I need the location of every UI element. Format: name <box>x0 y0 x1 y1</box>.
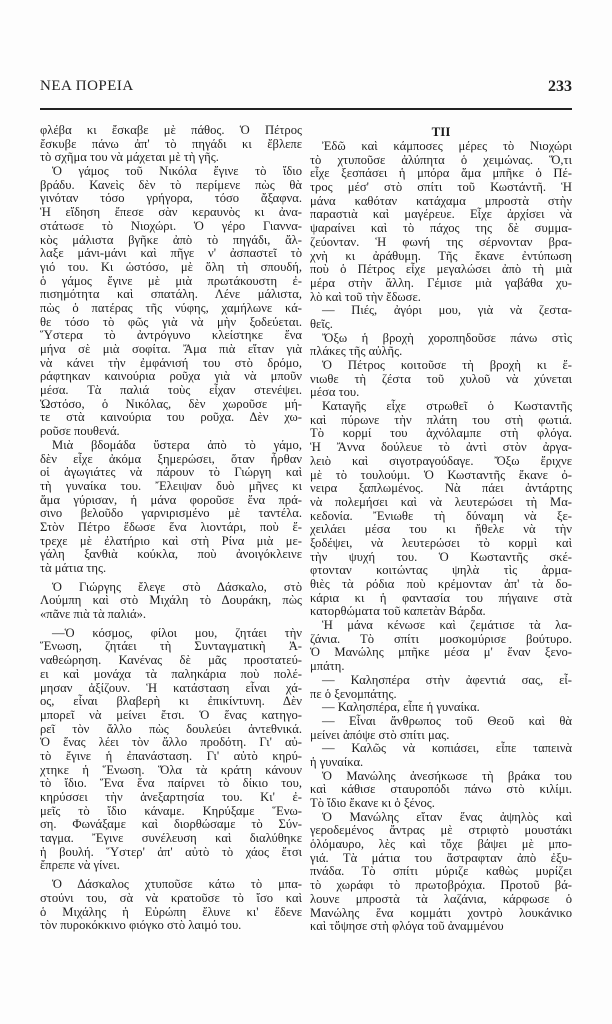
text-line: — Πιές, ἀγόρι μου, γιὰ νὰ ζεστα- <box>310 304 572 318</box>
text-line: χνὴ κι ἀράθυμη. Τῆς ἔκανε ἐντύπωση <box>310 250 572 264</box>
text-line: ἔπρεπε νὰ γίνει. <box>40 859 302 873</box>
text-line: Ὄξω ἡ βροχὴ χοροπηδοῦσε πάνω στὶς <box>310 332 572 346</box>
text-line: Στὸν Πέτρο ἔδωσε ἕνα λιοντάρι, ποὺ ἔ- <box>40 521 302 535</box>
text-line: θεῖς. <box>310 318 572 332</box>
text-line: τρος μέσ' στὸ σπίτι τοῦ Κωστάντῆ. Ἡ <box>310 181 572 195</box>
paragraph: Ἐδῶ καὶ κάμποσες μέρες τὸ Νιοχώριτὸ χτυπ… <box>310 140 572 304</box>
text-line: μέσα. Τὰ παλιά τοὺς εἶχαν στενέψει. <box>40 384 302 398</box>
text-line: Ἕνωση, ζητάει τὴ Συνταγματικὴ Ἀ- <box>40 640 302 654</box>
text-line: Ἡ μάνα κένωσε καὶ ζεμάτισε τὰ λα- <box>310 619 572 633</box>
paragraph: — Πιές, ἀγόρι μου, γιὰ νὰ ζεστα-θεῖς. <box>310 304 572 331</box>
journal-title: ΝΕΑ ΠΟΡΕΙΑ <box>40 78 134 95</box>
text-line: Ὕστερα τὸ ἀντρόγυνο κλείστηκε ἕνα <box>40 329 302 343</box>
text-line: γινόταν τόσο γρήγορα, τόσο ἄξαφνα. <box>40 192 302 206</box>
text-line: ζάνια. Τὸ σπίτι μοσκομύρισε βούτυρο. <box>310 633 572 647</box>
text-line: τὸ χτυποῦσε ἀλύπητα ὁ χειμώνας. Ὅ,τι <box>310 154 572 168</box>
text-line: ος, εἶναι βλαβερὴ κι ἐπικίντυνη. Δὲν <box>40 695 302 709</box>
text-line: νὰ κάνει τὴν ἐμφάνισή του στὸ δρόμο, <box>40 357 302 371</box>
text-line: τρεχε μὲ ἐλατήριο καὶ στὴ Ρίνα μιὰ με- <box>40 535 302 549</box>
text-line: — Καλησπέρα, εἶπε ἡ γυναίκα. <box>310 701 572 715</box>
text-line: — Καλησπέρα στὴν ἀφεντιά σας, εἶ- <box>310 674 572 688</box>
text-line: δὲν εἶχε ἀκόμα ξημερώσει, ὅταν ἦρθαν <box>40 453 302 467</box>
paragraph: Ὄξω ἡ βροχὴ χοροπηδοῦσε πάνω στὶςπλάκες … <box>310 332 572 359</box>
text-line: ζεύονταν. Ἡ φωνή της σέρνονταν βρα- <box>310 236 572 250</box>
text-line: μάνα καθόταν κατάχαμα μπροστὰ στὴν <box>310 195 572 209</box>
text-line: βράδυ. Κανεὶς δὲν τὸ περίμενε πὼς θὰ <box>40 179 302 193</box>
text-line: τε στὰ καινούρια του ροῦχα. Δὲν χω- <box>40 411 302 425</box>
text-line: τὸ σχῆμα του νὰ μάχεται μὲ τὴ γῆς. <box>40 151 302 165</box>
text-line: στάτωσε τὸ Νιοχώρι. Ὁ γέρο Γιαννα- <box>40 220 302 234</box>
text-line: χειλάει μέσα του κι ἤθελε νὰ τὴν <box>310 523 572 537</box>
text-line: μὲ τὸ τουλούμι. Ὁ Κωσταντῆς ἔκανε ὀ- <box>310 469 572 483</box>
text-line: καὶ τὄψησε στὴ φλόγα τοῦ ἀναμμένου <box>310 920 572 934</box>
running-header: ΝΕΑ ΠΟΡΕΙΑ 233 <box>40 78 572 100</box>
text-line: Ὁ Δάσκαλος χτυποῦσε κάτω τὸ μπα- <box>40 878 302 892</box>
paragraph: Ὁ Μανώλης εἴταν ἕνας ἀψηλὸς καὶγεροδεμέν… <box>310 811 572 934</box>
paragraph: Ὁ Πέτρος κοιτοῦσε τὴ βροχὴ κι ἔ-νιωθε τὴ… <box>310 359 572 400</box>
paragraph: Ὁ Δάσκαλος χτυποῦσε κάτω τὸ μπα-στούνι τ… <box>40 878 302 933</box>
text-line: ἡ βουλή. Ὕστερ' ἀπ' αὐτὸ τὸ χάος ἔτσι <box>40 846 302 860</box>
paragraph: — Εἶναι ἄνθρωπος τοῦ Θεοῦ καὶ θὰμείνει ἀ… <box>310 715 572 742</box>
text-line: μέσα του. <box>310 386 572 400</box>
text-line: Ὁ Πέτρος κοιτοῦσε τὴ βροχὴ κι ἔ- <box>310 359 572 373</box>
paragraph: Μιὰ βδομάδα ὕστερα ἀπὸ τὸ γάμο,δὲν εἶχε … <box>40 439 302 576</box>
text-line: πισημότητα καὶ σπατάλη. Λένε μάλιστα, <box>40 288 302 302</box>
text-line: Καταγῆς εἶχε στρωθεῖ ὁ Κωσταντῆς <box>310 400 572 414</box>
paragraph: Ἡ μάνα κένωσε καὶ ζεμάτισε τὰ λα-ζάνια. … <box>310 619 572 674</box>
text-line: κεδονία. Ἔνιωθε τὴ δύναμη νὰ ξε- <box>310 510 572 524</box>
text-line: ει καὶ μονάχα τὰ παληκάρια ποὺ πολέ- <box>40 668 302 682</box>
text-line: Ὡστόσο, ὁ Νικόλας, δὲν χωροῦσε μή- <box>40 398 302 412</box>
text-line: ση. Φωνάξαμε καὶ διορθώσαμε τὸ Σύν- <box>40 818 302 832</box>
text-line: ροῦσε πουθενά. <box>40 425 302 439</box>
paragraph: — Καλησπέρα, εἶπε ἡ γυναίκα. <box>310 701 572 715</box>
text-line: νὰ πολεμήσει καὶ νὰ λευτερώσει τὴ Μα- <box>310 496 572 510</box>
text-line: ὁλόμαυρο, λὲς καὶ τὄχε βάψει μὲ μπο- <box>310 838 572 852</box>
text-line: ρεῖ τὸν ἄλλο πὼς δουλεύει ἀντεθνικά. <box>40 723 302 737</box>
text-line: μεῖς τὸ ἴδιο κάναμε. Κηρύξαμε Ἕνω- <box>40 805 302 819</box>
text-line: καὶ πύρωνε τὴν πλάτη του στὴ φωτιά. <box>310 414 572 428</box>
text-line: Ὁ Μανώλης μπῆκε μέσα μ' ἕναν ξενο- <box>310 646 572 660</box>
text-line: τὰ μάτια της. <box>40 562 302 576</box>
text-line: κηρύσσει τὴν ἀνεξαρτησία του. Κι' ἐ- <box>40 791 302 805</box>
header-rule <box>40 108 572 110</box>
text-line: οἱ ἀγωγιάτες νὰ πάρουν τὸ Γιώργη καὶ <box>40 466 302 480</box>
text-line: γάλη ξανθιὰ κούκλα, ποὺ ἀνοιγόκλεινε <box>40 548 302 562</box>
text-line: γεροδεμένος ἄντρας μὲ στριφτὸ μουστάκι <box>310 824 572 838</box>
text-line: λαξε μάνι-μάνι καὶ πῆγε ν' ἀσπαστεῖ τὸ <box>40 247 302 261</box>
text-line: μήνα σὲ μιὰ σοφίτα. Ἄμα πιὰ εἴταν γιὰ <box>40 343 302 357</box>
text-line: Ὁ Μανώλης εἴταν ἕνας ἀψηλὸς καὶ <box>310 811 572 825</box>
text-line: —Ὁ κόσμος, φίλοι μου, ζητάει τὴν <box>40 627 302 641</box>
text-line: Ἡ Ἄννα δούλευε τὸ ἀντὶ στὸν ἀργα- <box>310 441 572 455</box>
text-line: ποὺ ὁ Πέτρος εἶχε μεγαλώσει ἀπὸ τὴ μιὰ <box>310 263 572 277</box>
text-line: Μιὰ βδομάδα ὕστερα ἀπὸ τὸ γάμο, <box>40 439 302 453</box>
text-line: στούνι του, σὰ νὰ κρατοῦσε τὸ ἴσο καὶ <box>40 892 302 906</box>
paragraph: Ὁ Γιώργης ἔλεγε στὸ Δάσκαλο, στὸΛούμπη κ… <box>40 581 302 622</box>
text-line: Ὁ Γιώργης ἔλεγε στὸ Δάσκαλο, στὸ <box>40 581 302 595</box>
text-line: νιωθε τὴ ζέστα τοῦ χυλοῦ νὰ χύνεται <box>310 373 572 387</box>
text-line: θιὲς τὰ ρόδια ποὺ κρέμονταν ἀπ' τὰ δο- <box>310 578 572 592</box>
text-line: μπάτη. <box>310 660 572 674</box>
text-line: μείνει ἀπόψε στὸ σπίτι μας. <box>310 729 572 743</box>
paragraph: —Ὁ κόσμος, φίλοι μου, ζητάει τὴνἝνωση, ζ… <box>40 627 302 873</box>
text-line: Ἐδῶ καὶ κάμποσες μέρες τὸ Νιοχώρι <box>310 140 572 154</box>
text-line: ἔσκυβε πάνω ἀπ' τὸ πηγάδι κι ἔβλεπε <box>40 138 302 152</box>
text-line: μέρα στὴν ἄλλη. Γέμισε μιὰ γαβάθα χυ- <box>310 277 572 291</box>
paragraph: — Καλῶς νὰ κοπιάσει, εἶπε ταπεινὰἡ γυναί… <box>310 742 572 769</box>
text-line: Ὁ ἕνας λέει τὸν ἄλλο προδότη. Γι' αὐ- <box>40 736 302 750</box>
text-line: μησαν ἀξίζουν. Ἡ κατάσταση εἶναι χά- <box>40 682 302 696</box>
text-line: τὸ ἴδιο. Ἕνα ἕνα παίρνει τὸ δίκιο του, <box>40 777 302 791</box>
right-column: ΤΙΙ Ἐδῶ καὶ κάμποσες μέρες τὸ Νιοχώριτὸ … <box>310 124 572 934</box>
text-line: «πᾶνε πιὰ τὰ παλιά». <box>40 608 302 622</box>
text-line: νειρα ξαπλωμένος. Νὰ πάει ἀντάρτης <box>310 482 572 496</box>
text-line: Ὁ γάμος τοῦ Νικόλα ἔγινε τὸ ἴδιο <box>40 165 302 179</box>
text-line: ξοδέψει, νὰ λευτερώσει τὸ κορμὶ καὶ <box>310 537 572 551</box>
text-line: ταγμα. Ἔγινε συνέλευση καὶ διαλύθηκε <box>40 832 302 846</box>
text-line: Λούμπη καὶ στὸ Μιχάλη τὸ Δουράκη, πὼς <box>40 594 302 608</box>
text-line: τὸν πυροκόκκινο φιόγκο στὸ λαιμό του. <box>40 919 302 933</box>
text-line: πλάκες τῆς αὐλῆς. <box>310 345 572 359</box>
text-line: Τὸ κορμί του ἀχνόλαμπε στὴ φλόγα. <box>310 427 572 441</box>
text-line: παραστιὰ καὶ μαγέρευε. Εἶχε ἀρχίσει νὰ <box>310 208 572 222</box>
paragraph: Ὁ Μανώλης ἀνεσήκωσε τὴ βράκα τουκαὶ κάθι… <box>310 770 572 811</box>
text-line: πε ὁ ξενομπάτης. <box>310 688 572 702</box>
text-line: κατορθώματα τοῦ καπετὰν Βάρδα. <box>310 605 572 619</box>
text-line: ναθεώρηση. Κανένας δὲ μᾶς προστατεύ- <box>40 654 302 668</box>
paragraph: φλέβα κι ἔσκαβε μὲ πάθος. Ὁ Πέτροςἔσκυβε… <box>40 124 302 165</box>
text-line: φλέβα κι ἔσκαβε μὲ πάθος. Ὁ Πέτρος <box>40 124 302 138</box>
text-line: πὼς ὁ πατέρας τῆς νύφης, χαμήλωνε κά- <box>40 302 302 316</box>
text-line: τὸ ἔγινε ἡ ἐπανάσταση. Γι' αὐτὸ κηρύ- <box>40 750 302 764</box>
text-line: τὴν ψυχή του. Ὁ Κωσταντῆς σκέ- <box>310 551 572 565</box>
text-line: τὴ γυναίκα του. Ἔλειψαν δυὸ μῆνες κι <box>40 480 302 494</box>
text-line: καὶ κάθισε σταυροπόδι πάνω στὸ κιλίμι. <box>310 783 572 797</box>
text-line: κάρια κι ἡ φαντασία του πήγαινε στὰ <box>310 592 572 606</box>
paragraph: Καταγῆς εἶχε στρωθεῖ ὁ Κωσταντῆςκαὶ πύρω… <box>310 400 572 619</box>
text-line: θε τόσο τὸ φῶς γιὰ νὰ μὴν ξοδεύεται. <box>40 316 302 330</box>
text-line: χτηκε ἡ Ἕνωση. Ὅλα τὰ κράτη κάνουν <box>40 764 302 778</box>
text-line: ἡ γυναίκα. <box>310 756 572 770</box>
text-line: λειὸ καὶ σιγοτραγούδαγε. Ὄξω ἔριχνε <box>310 455 572 469</box>
page-number: 233 <box>548 78 572 96</box>
book-page: ΝΕΑ ΠΟΡΕΙΑ 233 φλέβα κι ἔσκαβε μὲ πάθος.… <box>0 0 612 1024</box>
text-line: γιό του. Κι ὡστόσο, μὲ ὅλη τὴ σπουδή, <box>40 261 302 275</box>
text-line: πνάδα. Τὸ σπίτι μύριζε καθὼς μυρίζει <box>310 865 572 879</box>
text-line: ψαραίνει καὶ τὸ πάχος της δὲ συμμα- <box>310 222 572 236</box>
paragraph: Ὁ γάμος τοῦ Νικόλα ἔγινε τὸ ἴδιοβράδυ. Κ… <box>40 165 302 439</box>
text-line: τὸ χωράφι τὸ πρωτοβρόχια. Προτοῦ βά- <box>310 879 572 893</box>
text-line: ὁ Μιχάλης ἡ Εὐρώπη ἔλυνε κι' ἔδενε <box>40 906 302 920</box>
text-line: εἶχε ξεσπάσει ἡ μπόρα ἅμα μπῆκε ὁ Πέ- <box>310 167 572 181</box>
text-line: — Εἶναι ἄνθρωπος τοῦ Θεοῦ καὶ θὰ <box>310 715 572 729</box>
text-line: — Καλῶς νὰ κοπιάσει, εἶπε ταπεινὰ <box>310 742 572 756</box>
text-line: ὁ γάμος ἔγινε μὲ μιὰ πρωτάκουστη ἐ- <box>40 275 302 289</box>
text-line: γιά. Τὰ μάτια του ἄστραφταν ἀπὸ ἐξυ- <box>310 852 572 866</box>
text-line: λὸ καὶ τοῦ τὴν ἔδωσε. <box>310 291 572 305</box>
paragraph: — Καλησπέρα στὴν ἀφεντιά σας, εἶ-πε ὁ ξε… <box>310 674 572 701</box>
text-line: Ἡ εἴδηση ἔπεσε σὰν κεραυνὸς κι ἀνα- <box>40 206 302 220</box>
text-line: φτονταν κοιτώντας ψηλὰ τὶς ἀρμα- <box>310 564 572 578</box>
text-line: κὸς μάλιστα βγῆκε ἀπὸ τὸ πηγάδι, ἄλ- <box>40 234 302 248</box>
text-line: Ὁ Μανώλης ἀνεσήκωσε τὴ βράκα του <box>310 770 572 784</box>
text-line: μπορεῖ νὰ μείνει ἔτσι. Ὁ ἕνας κατηγο- <box>40 709 302 723</box>
left-column: φλέβα κι ἔσκαβε μὲ πάθος. Ὁ Πέτροςἔσκυβε… <box>40 124 302 933</box>
text-line: Τὸ ἴδιο ἔκανε κι ὁ ξένος. <box>310 797 572 811</box>
text-line: λουνε μπροστὰ τὰ λαζάνια, κάρφωσε ὁ <box>310 893 572 907</box>
text-line: ράφτηκαν καινούρια ροῦχα γιὰ νὰ μποῦν <box>40 370 302 384</box>
text-line: Μανώλης ἕνα κομμάτι χοντρὸ λουκάνικο <box>310 907 572 921</box>
text-line: ἅμα γύρισαν, ἡ μάνα φοροῦσε ἕνα πρά- <box>40 494 302 508</box>
section-title: ΤΙΙ <box>310 124 572 140</box>
text-line: σινο βελοῦδο γαρνιρισμένο μὲ ταντέλα. <box>40 507 302 521</box>
